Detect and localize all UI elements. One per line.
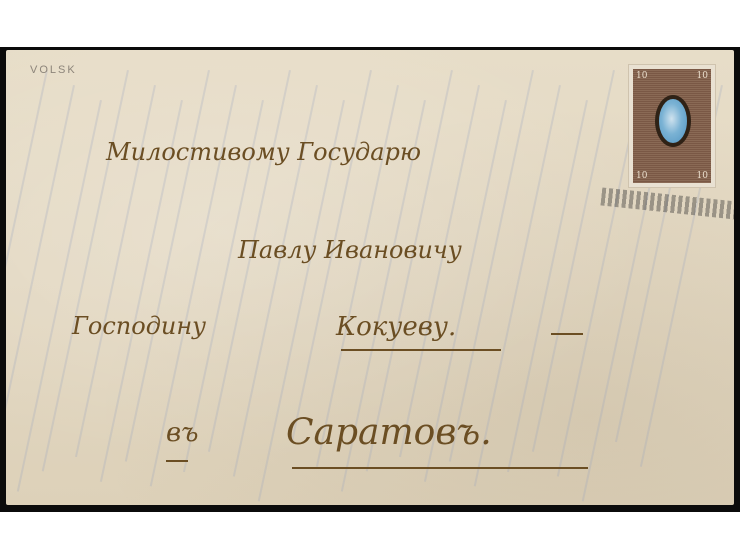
postage-stamp: 10 10 10 10 [628, 64, 716, 188]
prefix-underline [166, 460, 188, 462]
address-line-4-city: Саратовъ. [286, 412, 492, 453]
stamp-corner-br: 10 [697, 171, 708, 181]
stamp-corner-tr: 10 [697, 71, 708, 81]
stamp-corner-bl: 10 [636, 171, 647, 181]
show-through-stroke [507, 100, 588, 472]
city-underline [292, 467, 588, 469]
address-line-3-name: Кокуеву. [336, 312, 456, 342]
letter-cover: VOLSK Милостивому Государю Павлу Иванови… [6, 50, 734, 505]
coat-of-arms-oval [655, 95, 691, 147]
address-line-3-prefix: Господину [72, 312, 206, 340]
volsk-marking: VOLSK [30, 64, 77, 76]
dash-mark [551, 333, 583, 335]
address-line-2: Павлу Ивановичу [238, 236, 462, 264]
address-line-4-prefix: въ [166, 418, 198, 448]
stamp-corner-tl: 10 [636, 71, 647, 81]
show-through-stroke [6, 70, 48, 442]
address-line-1: Милостивому Государю [106, 138, 421, 166]
name-underline [341, 349, 501, 351]
stamp-frame: 10 10 10 10 [633, 69, 711, 183]
eagle-emblem-icon [659, 99, 687, 143]
